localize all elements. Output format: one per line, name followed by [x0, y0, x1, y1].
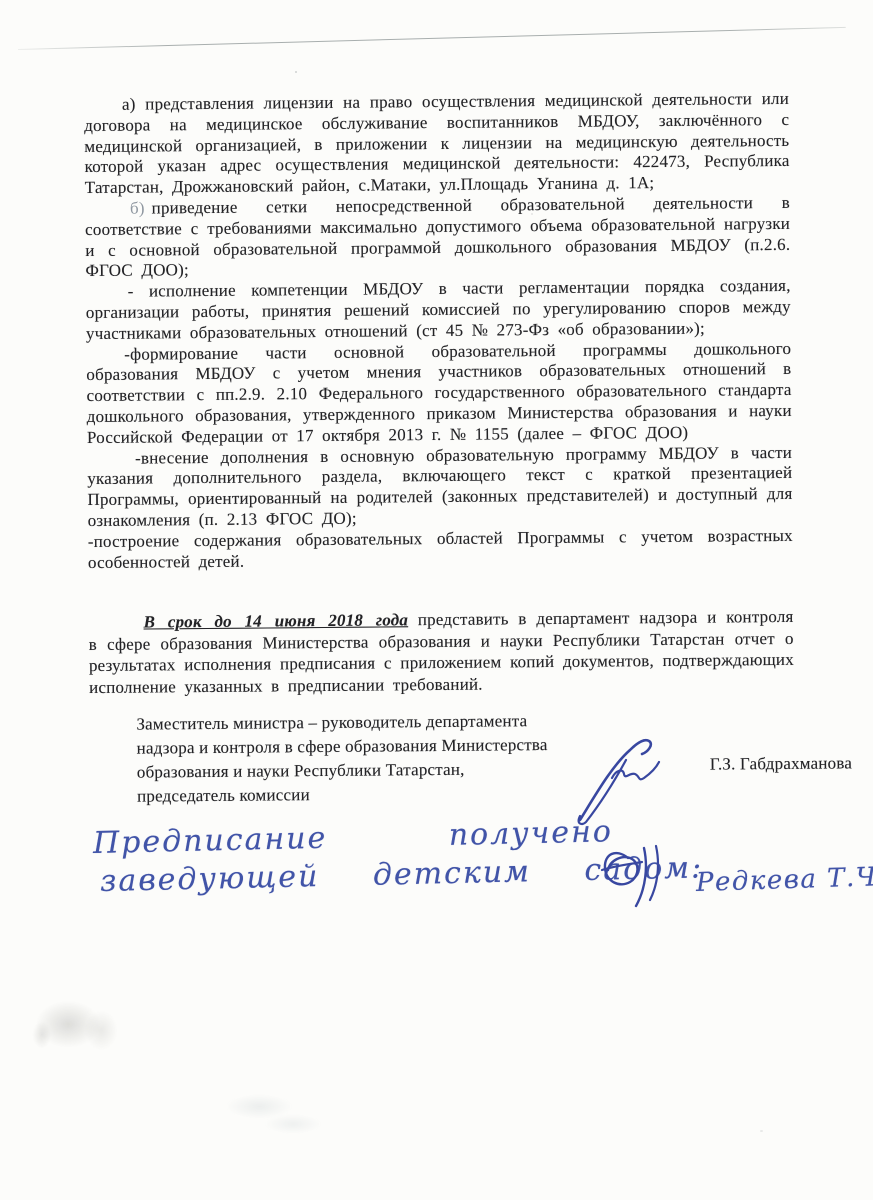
paragraph-item-a: а) представления лицензии на право осуще…: [84, 89, 790, 199]
official-title-block: Заместитель министра – руководитель депа…: [136, 708, 617, 808]
official-name: Г.З. Габдрахманова: [710, 753, 870, 774]
receiver-signature-ink: [598, 840, 698, 915]
item-b-text: приведение сетки непосредственной образо…: [85, 193, 790, 281]
ink-bleed-through: [212, 1082, 347, 1152]
paragraph-vnesenie: -внесение дополнения в основную образова…: [87, 442, 793, 531]
paragraph-formirovanie: -формирование части основной образовател…: [86, 338, 792, 448]
requirements-list: а) представления лицензии на право осуще…: [84, 89, 793, 573]
deadline-paragraph: В срок до 14 июня 2018 года представить …: [88, 606, 794, 698]
stamp-smudge: [22, 982, 132, 1070]
deadline-date-emphasis: В срок до 14 июня 2018 года: [143, 610, 408, 631]
item-b-marker: б): [130, 199, 145, 218]
paragraph-postroenie: -построение содержания образовательных о…: [88, 526, 793, 574]
paragraph-ispolnenie: - исполнение компетенции МБДОУ в части р…: [86, 276, 792, 345]
paragraph-item-b: б)приведение сетки непосредственной обра…: [85, 193, 791, 282]
official-title-line: надзора и контроля в сфере образования М…: [137, 732, 617, 760]
receiver-name-handwritten: Редкева Т.Ч.): [696, 862, 873, 898]
official-title-line: председатель комиссии: [137, 780, 617, 808]
official-signature-ink: [556, 716, 676, 826]
scanned-document-page: а) представления лицензии на право осуще…: [0, 0, 873, 1200]
